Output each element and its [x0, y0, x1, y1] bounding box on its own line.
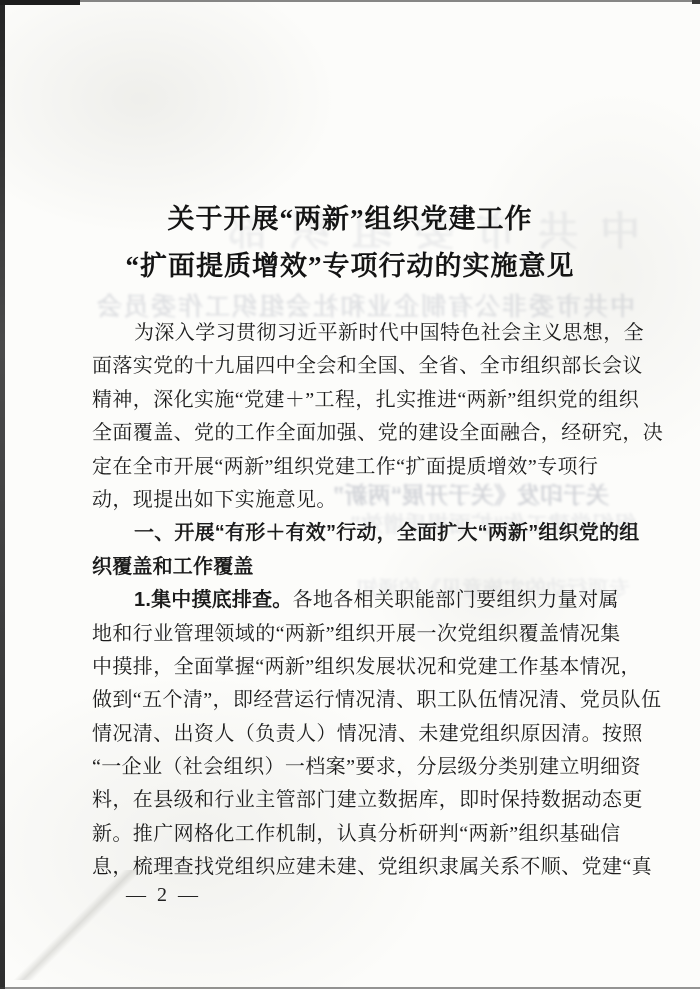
body-line: 地和行业管理领域的“两新”组织开展一次党组织覆盖情况集 — [92, 618, 626, 651]
body-line: 1.集中摸底排查。各地各相关职能部门要组织力量对属 — [92, 584, 626, 617]
body-line: 精神，深化实施“党建＋”工程，扎实推进“两新”组织党的组织 — [92, 384, 626, 417]
scan-corner-top-left — [0, 0, 80, 5]
body-line: 动，现提出如下实施意见。 — [92, 484, 626, 517]
document-title-line-1: 关于开展“两新”组织党建工作 — [60, 196, 640, 243]
body-line: “一企业（社会组织）一档案”要求，分层级分类别建立明细资 — [92, 751, 626, 784]
body-line: 情况清、出资人（负责人）情况清、未建党组织原因清。按照 — [92, 718, 626, 751]
scan-corner-top-right — [692, 0, 700, 4]
section-heading-line: 织覆盖和工作覆盖 — [92, 551, 626, 584]
scanned-document-page: 中共市委组织部 中共市委非公有制企业和社会组织工作委员会 关于印发《关于开展“两… — [0, 0, 700, 989]
document-title-line-2: “扩面提质增效”专项行动的实施意见 — [60, 243, 640, 290]
body-line: 定在全市开展“两新”组织党建工作“扩面提质增效”专项行 — [92, 451, 626, 484]
body-text: 为深入学习贯彻习近平新时代中国特色社会主义思想，全面落实党的十九届四中全会和全国… — [92, 317, 626, 885]
body-line: 息，梳理查找党组织应建未建、党组织隶属关系不顺、党建“真 — [92, 851, 626, 884]
document-title: 关于开展“两新”组织党建工作 “扩面提质增效”专项行动的实施意见 — [60, 196, 640, 290]
body-line: 中摸排，全面掌握“两新”组织发展状况和党建工作基本情况， — [92, 651, 626, 684]
body-line: 做到“五个清”，即经营运行情况清、职工队伍情况清、党员队伍 — [92, 684, 626, 717]
body-line: 面落实党的十九届四中全会和全国、全省、全市组织部长会议 — [92, 350, 626, 383]
page-number: — 2 — — [126, 884, 201, 907]
scan-edge-left — [0, 0, 5, 989]
body-line: 全面覆盖、党的工作全面加强、党的建设全面融合，经研究，决 — [92, 417, 626, 450]
body-line: 为深入学习贯彻习近平新时代中国特色社会主义思想，全 — [92, 317, 626, 350]
section-heading-line: 一、开展“有形＋有效”行动，全面扩大“两新”组织党的组 — [92, 517, 626, 550]
body-line: 料，在县级和行业主管部门建立数据库，即时保持数据动态更 — [92, 784, 626, 817]
list-item-lead: 1.集中摸底排查。 — [134, 589, 292, 611]
scan-edge-top — [0, 0, 700, 2]
body-line: 新。推广网格化工作机制，认真分析研判“两新”组织基础信 — [92, 818, 626, 851]
